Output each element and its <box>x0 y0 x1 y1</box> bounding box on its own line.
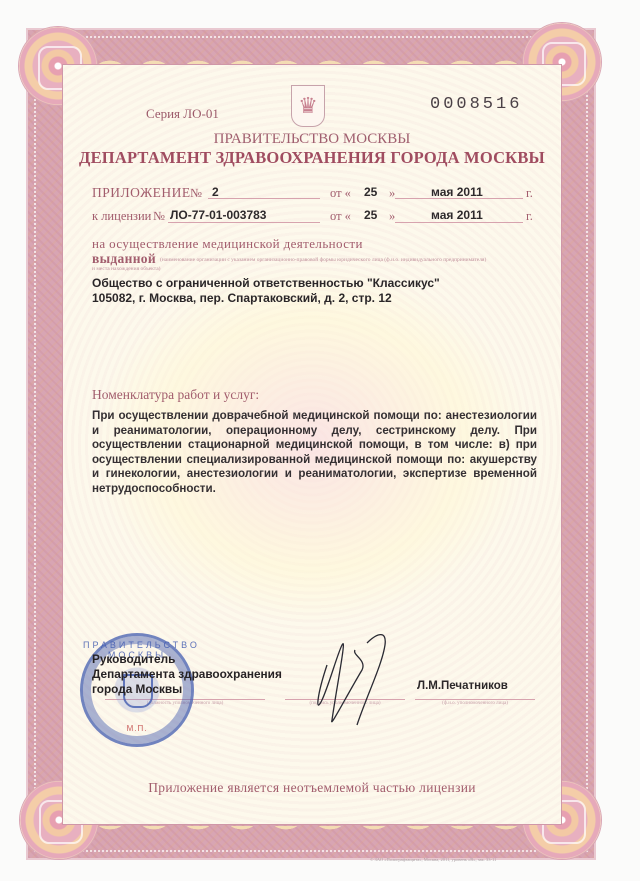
name-signature-line <box>415 699 535 700</box>
appendix-day: 25 <box>364 185 377 199</box>
signatory-position: Руководитель Департамента здравоохранени… <box>92 652 282 697</box>
appendix-month-year: мая 2011 <box>431 185 483 199</box>
caption-name: (ф.и.о. уполномоченного лица) <box>415 701 535 706</box>
handwritten-signature <box>307 625 397 735</box>
license-day: 25 <box>364 208 377 222</box>
appendix-year-suffix: г. <box>526 186 533 201</box>
appendix-number-sign: № <box>190 186 202 201</box>
organization-address: 105082, г. Москва, пер. Спартаковский, д… <box>92 291 440 306</box>
appendix-note: Приложение является неотъемлемой частью … <box>62 780 562 796</box>
appendix-label: ПРИЛОЖЕНИЕ <box>92 185 191 201</box>
position-line-3: города Москвы <box>92 682 282 697</box>
issuer-department: ДЕПАРТАМЕНТ ЗДРАВООХРАНЕНИЯ ГОРОДА МОСКВ… <box>62 148 562 168</box>
series-label: Серия ЛО-01 <box>146 106 219 122</box>
activity-description: на осуществление медицинской деятельност… <box>92 236 363 252</box>
nomenclature-title: Номенклатура работ и услуг: <box>92 387 259 403</box>
border-ornament-bottom <box>88 826 534 852</box>
stamp-mark: М.П. <box>83 724 191 733</box>
licensee-info: Общество с ограниченной ответственностью… <box>92 276 440 306</box>
license-year-suffix: г. <box>526 209 533 224</box>
nomenclature-text: При осуществлении доврачебной медицинско… <box>92 409 537 497</box>
license-number: ЛО-77-01-003783 <box>170 208 266 222</box>
license-from-label: от « <box>330 209 351 224</box>
license-label: к лицензии <box>92 209 151 224</box>
border-ornament-top <box>88 38 534 64</box>
issuer-government: ПРАВИТЕЛЬСТВО МОСКВЫ <box>62 131 562 148</box>
serial-number: 0008516 <box>430 95 522 114</box>
license-date-line <box>395 222 523 223</box>
organization-name: Общество с ограниченной ответственностью… <box>92 276 440 291</box>
position-line-1: Руководитель <box>92 652 282 667</box>
license-number-line <box>168 222 320 223</box>
appendix-from-label: от « <box>330 186 351 201</box>
signatory-name: Л.М.Печатников <box>417 680 508 692</box>
license-month-year: мая 2011 <box>431 208 483 222</box>
license-number-sign: № <box>153 209 165 224</box>
printer-imprint: © ЗАО «Полиграфзащита», Москва, 2011, ур… <box>370 857 496 862</box>
appendix-number: 2 <box>212 185 219 199</box>
issued-to-hint-continued: и места нахождения объекта) <box>92 266 161 272</box>
issued-to-label: выданной <box>92 251 156 267</box>
appendix-number-line <box>208 198 320 199</box>
position-line-2: Департамента здравоохранения <box>92 667 282 682</box>
issued-to-hint: (наименование организации с указанием ор… <box>160 257 486 263</box>
coat-of-arms-icon: ♛ <box>291 85 325 127</box>
